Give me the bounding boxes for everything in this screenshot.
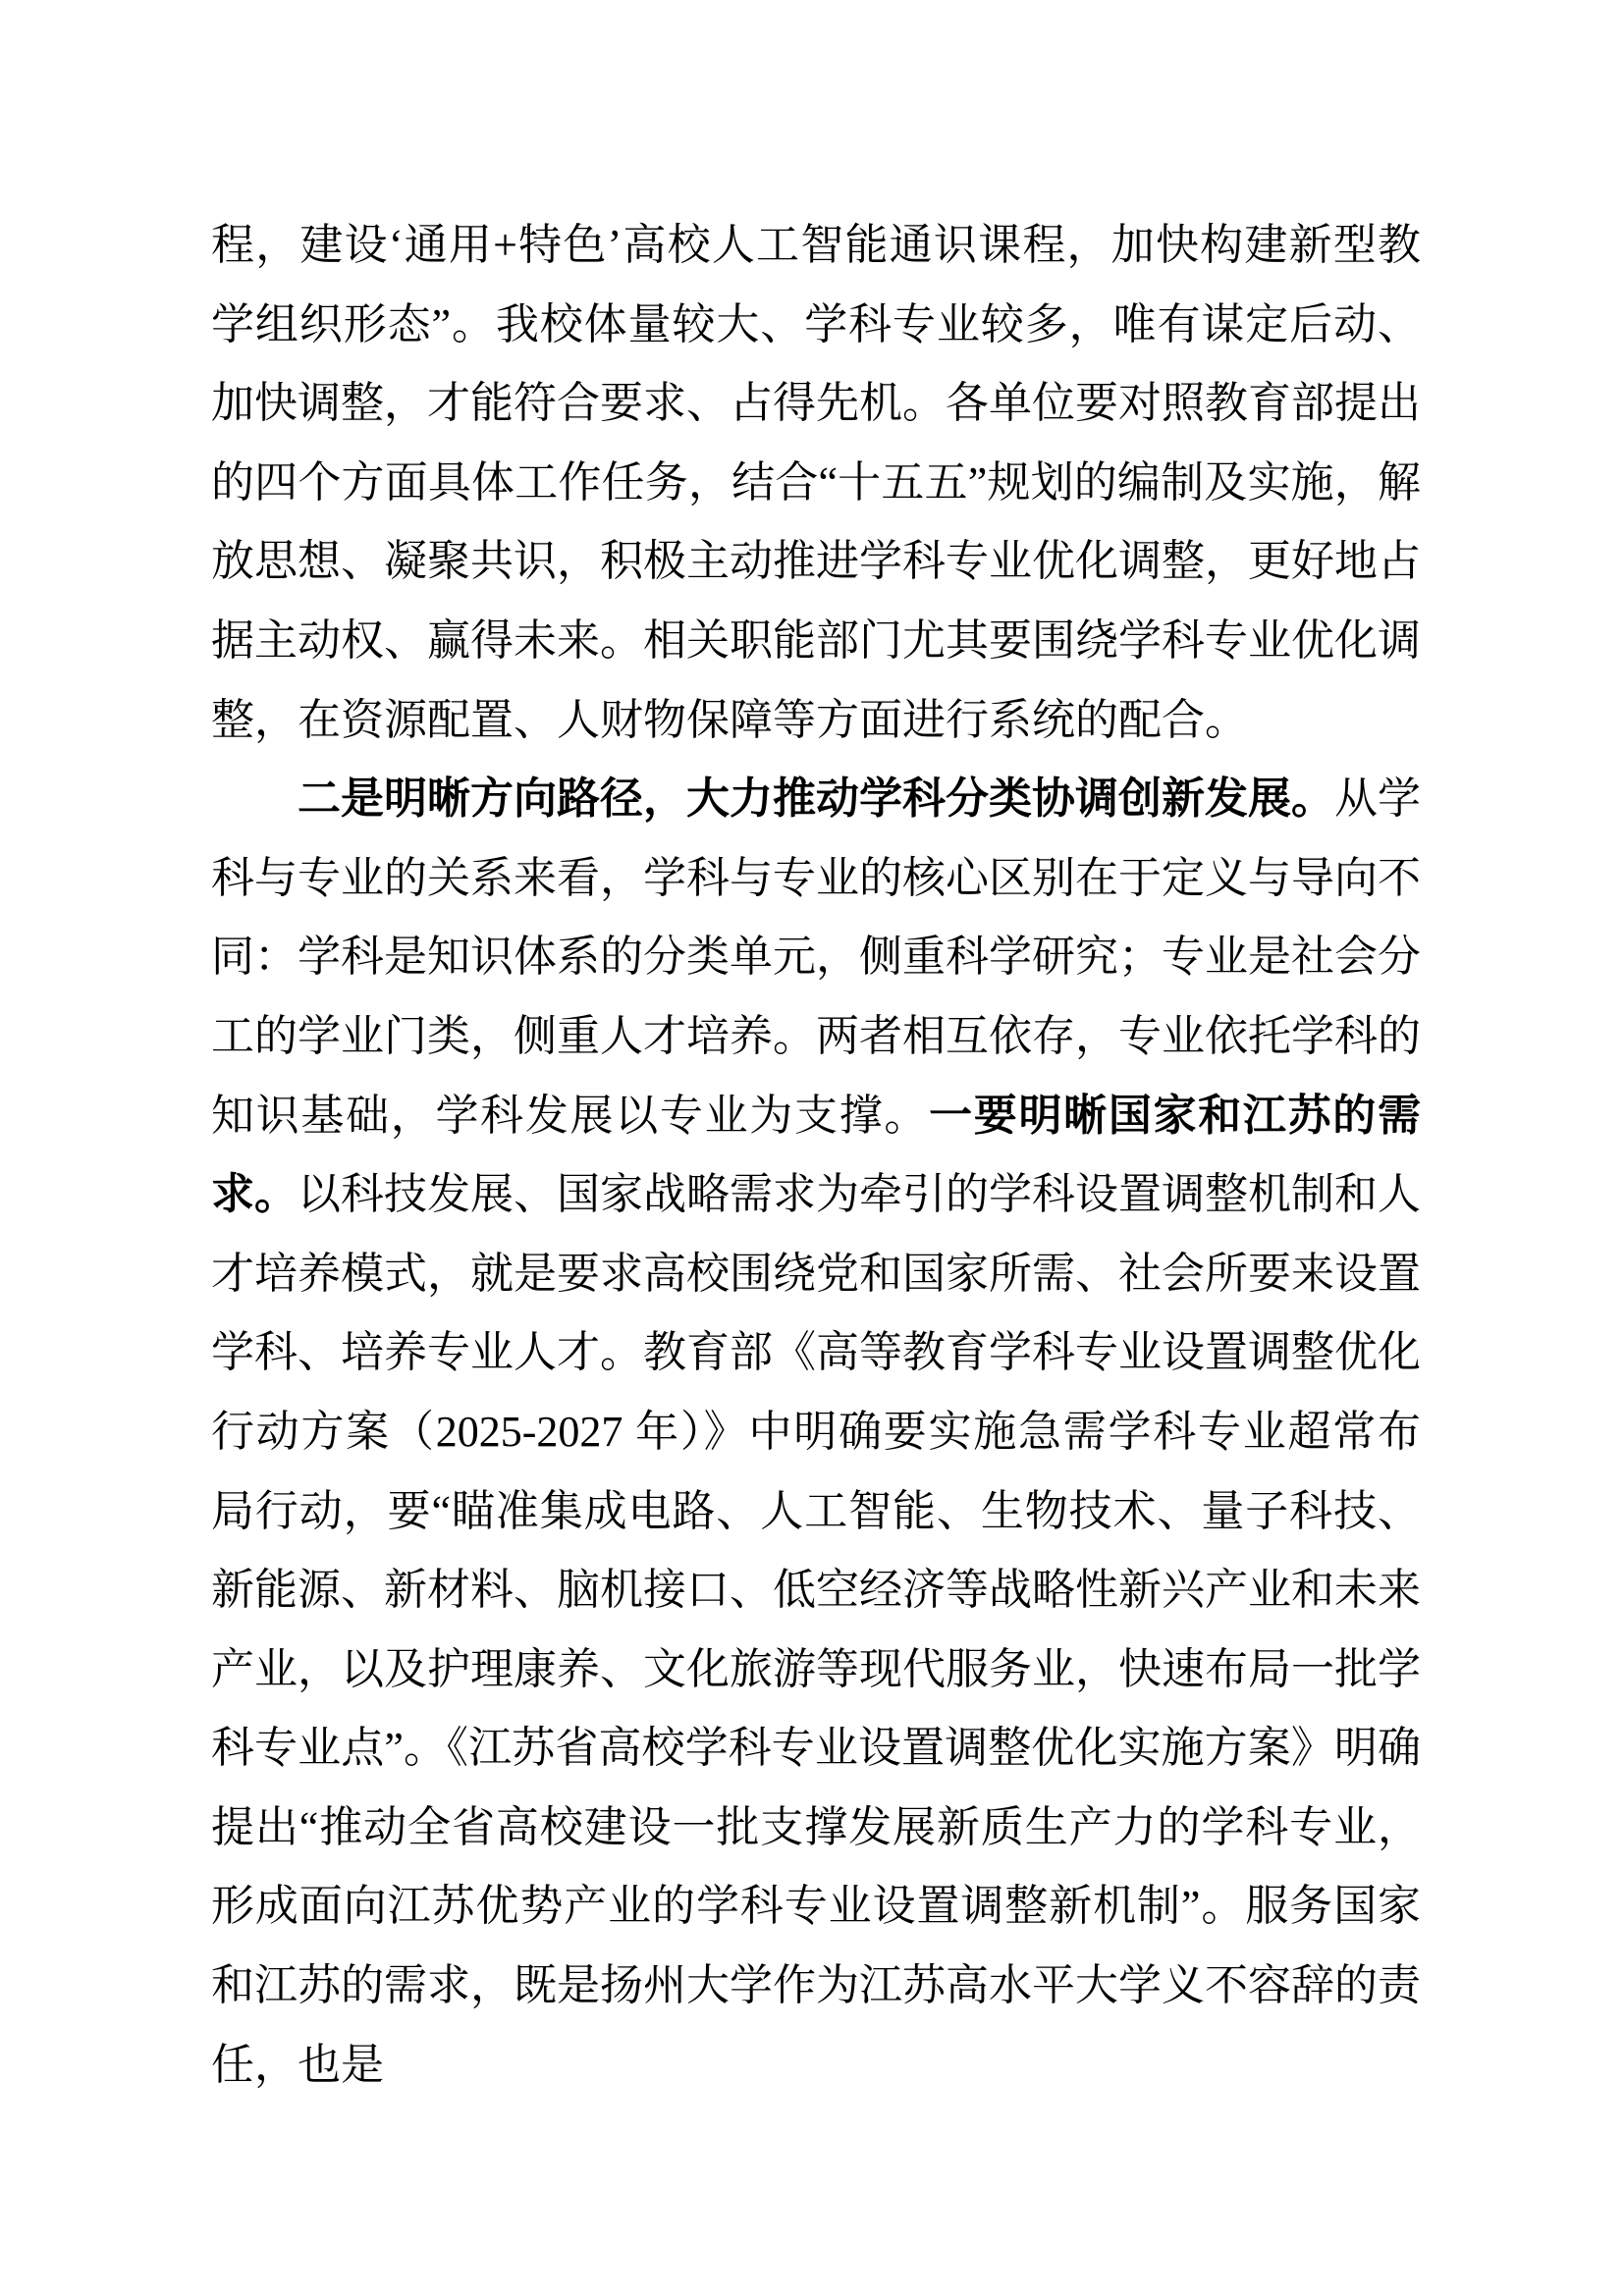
document-page: 程，建设‘通用+特色’高校人工智能通识课程，加快构建新型教学组织形态”。我校体量… <box>0 0 1624 2296</box>
paragraph-section-two: 二是明晰方向路径，大力推动学科分类协调创新发展。从学科与专业的关系来看，学科与专… <box>211 760 1421 2105</box>
emphasis-run: 二是明晰方向路径，大力推动学科分类协调创新发展。 <box>298 774 1334 823</box>
document-body: 程，建设‘通用+特色’高校人工智能通识课程，加快构建新型教学组织形态”。我校体量… <box>211 206 1421 2105</box>
text-run: 以科技发展、国家战略需求为牵引的学科设置调整机制和人才培养模式，就是要求高校围绕… <box>211 1170 1421 2089</box>
text-run: 从学科与专业的关系来看，学科与专业的核心区别在于定义与导向不同：学科是知识体系的… <box>211 774 1421 1139</box>
text-run: 程，建设‘通用+特色’高校人工智能通识课程，加快构建新型教学组织形态”。我校体量… <box>211 221 1421 744</box>
paragraph-continuation: 程，建设‘通用+特色’高校人工智能通识课程，加快构建新型教学组织形态”。我校体量… <box>211 206 1421 760</box>
